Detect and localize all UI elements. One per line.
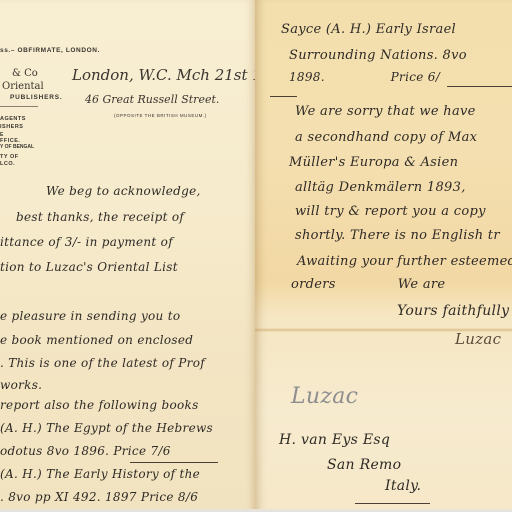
body-line-7: . This is one of the latest of Prof [0, 356, 205, 370]
signature: Luzac [455, 330, 501, 348]
letter-left-page: ss.– OBFIRMATE, LONDON. & Co Oriental PU… [0, 0, 255, 512]
body-line-11: odotus 8vo 1896. Price 7/6 [0, 444, 171, 458]
right-line-3: 1898. Price 6/ [289, 70, 440, 84]
right-line-6: Müller's Europa & Asien [289, 155, 458, 170]
price-rule-right [447, 86, 512, 87]
right-line-7: alltäg Denkmälern 1893, [295, 180, 466, 195]
agents-line-7: LCO. [0, 161, 15, 167]
body-line-2: best thanks, the receipt of [16, 210, 184, 224]
address-underline [355, 503, 430, 504]
right-line-11: orders We are [291, 277, 445, 292]
opposite-british-museum: (OPPOSITE THE BRITISH MUSEUM.) [114, 113, 207, 118]
body-line-12: (A. H.) The Early History of the [0, 467, 200, 481]
agents-line-1: AGENTS [0, 116, 26, 122]
firm-name: & Co [12, 68, 38, 79]
agents-line-5: Y OF BENGAL [0, 144, 34, 150]
body-line-9: report also the following books [0, 398, 199, 412]
right-line-8: will try & report you a copy [295, 204, 486, 219]
body-line-1: We beg to acknowledge, [46, 184, 201, 198]
body-line-6: e book mentioned on enclosed [0, 333, 193, 347]
street-address: 46 Great Russell Street. [85, 93, 219, 106]
right-line-4: We are sorry that we have [295, 104, 476, 119]
firm-publishers: PUBLISHERS. [10, 94, 63, 101]
firm-oriental: Oriental [2, 81, 44, 92]
pencil-note: Luzac [291, 384, 358, 409]
right-line-9: shortly. There is no English tr [295, 228, 500, 243]
paper-fold-crease [255, 328, 512, 332]
body-line-13: . 8vo pp XI 492. 1897 Price 8/6 [0, 490, 198, 504]
body-line-4: tion to Luzac's Oriental List [0, 260, 178, 274]
body-line-10: (A. H.) The Egypt of the Hebrews [0, 421, 213, 435]
agents-line-2: ISHERS [0, 124, 23, 130]
right-line-5: a secondhand copy of Max [295, 130, 477, 145]
right-line-1: Sayce (A. H.) Early Israel [281, 22, 456, 37]
body-line-5: e pleasure in sending you to [0, 309, 180, 323]
letterhead-divider [0, 106, 38, 107]
address-line-2: San Remo [327, 457, 401, 473]
body-line-3: ittance of 3/- in payment of [0, 235, 173, 249]
address-line-1: H. van Eys Esq [279, 432, 390, 448]
address-line-3: Italy. [385, 478, 421, 494]
closing-yours-faithfully: Yours faithfully [397, 303, 509, 319]
right-line-10: Awaiting your further esteemed [297, 254, 512, 269]
section-rule [270, 96, 297, 97]
agents-line-6: TY OF [0, 154, 19, 160]
telegraph-address: ss.– OBFIRMATE, LONDON. [0, 47, 100, 54]
right-line-2: Surrounding Nations. 8vo [289, 48, 467, 63]
price-underline [130, 462, 218, 463]
letter-right-page: Sayce (A. H.) Early Israel Surrounding N… [255, 0, 512, 512]
body-line-8: works. [0, 378, 42, 392]
